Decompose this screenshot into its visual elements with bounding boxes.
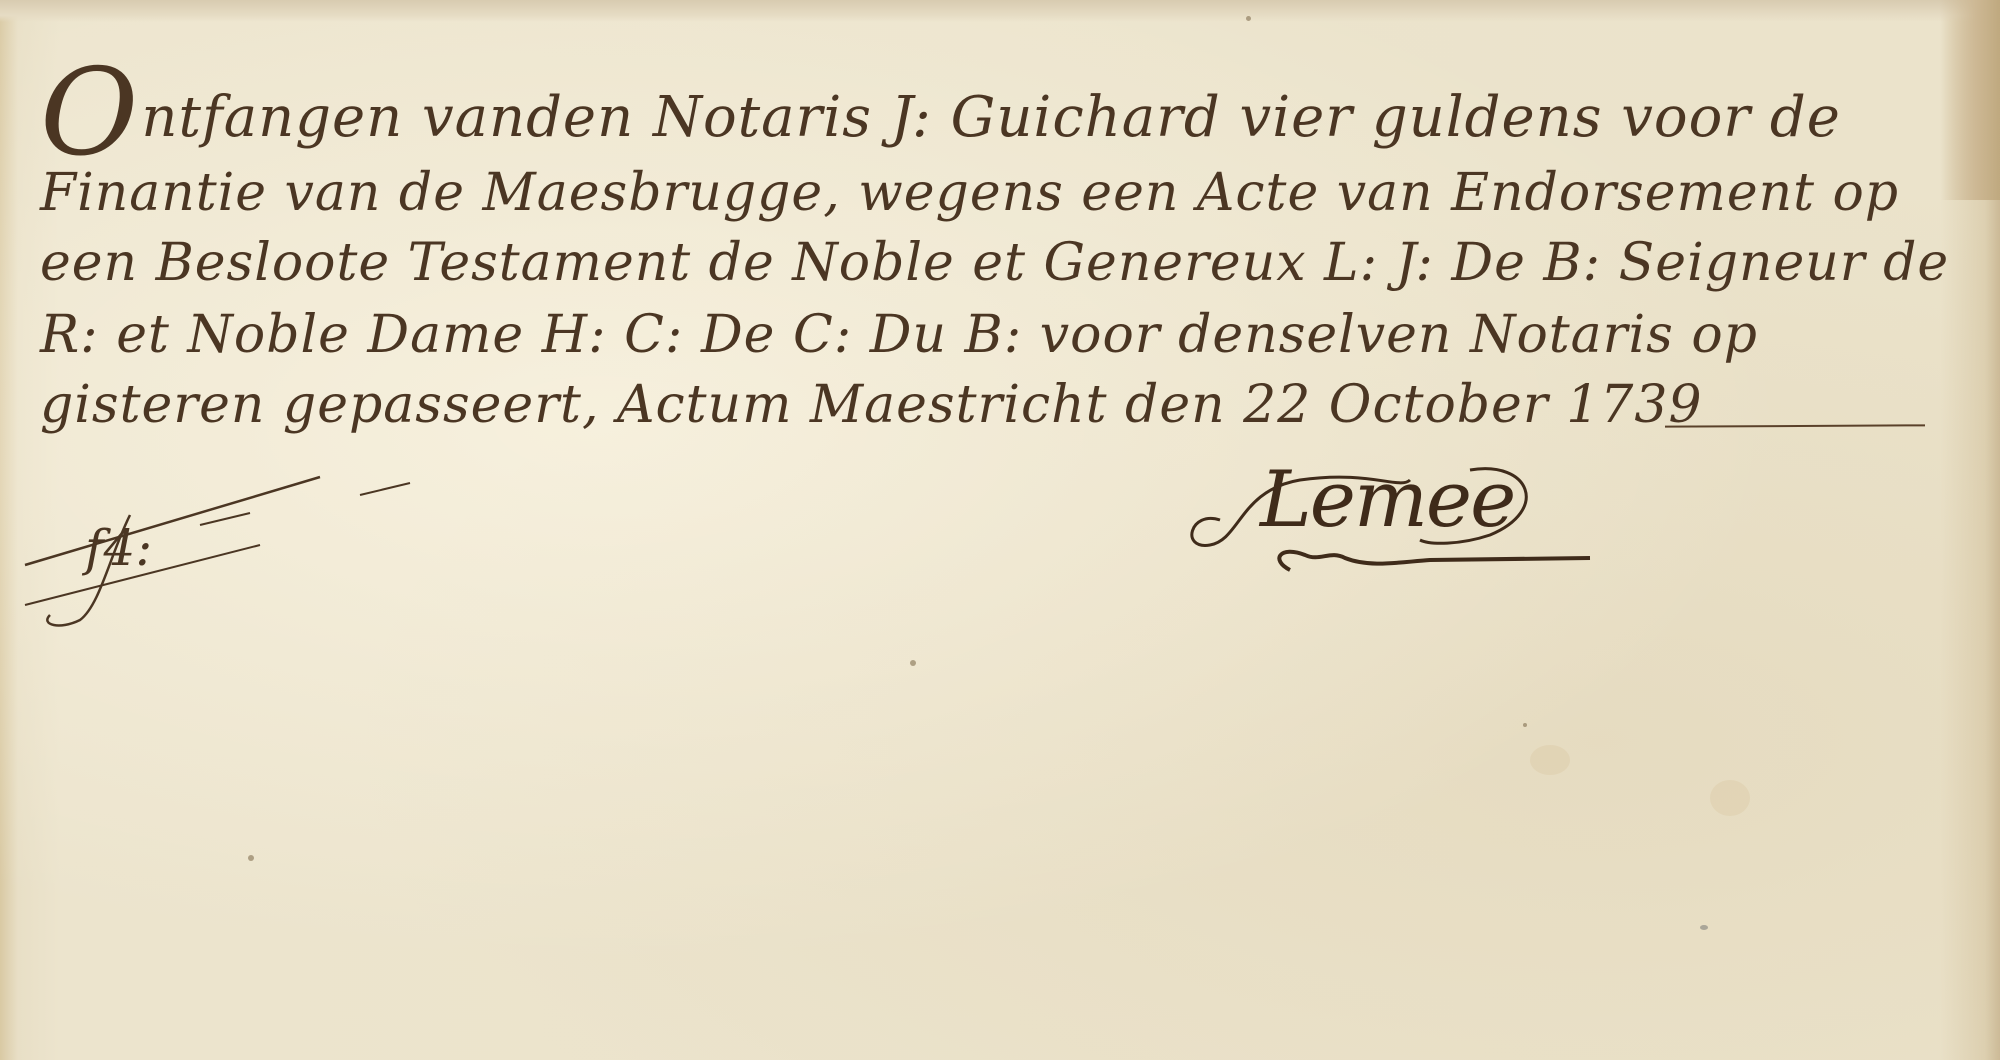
torn-top-edge	[0, 0, 2000, 22]
text-line-2: Finantie van de Maesbrugge, wegens een A…	[40, 163, 1899, 223]
amount-strike-lines-icon	[20, 455, 440, 635]
amount-notation: f4:	[20, 455, 440, 635]
ink-spot	[1700, 925, 1708, 930]
ink-spot	[248, 855, 254, 861]
ink-spot	[910, 660, 916, 666]
paper-stain	[1530, 745, 1570, 775]
text-line-5: gisteren gepasseert, Actum Maestricht de…	[40, 375, 1703, 435]
signature: Lemee	[1170, 450, 1590, 580]
text-line-3: een Besloote Testament de Noble et Gener…	[40, 233, 1949, 293]
signature-name: Lemee	[1260, 455, 1514, 545]
text-line-1-rest: ntfangen vanden Notaris J: Guichard vier…	[141, 85, 1840, 150]
date-underline	[1665, 424, 1925, 427]
document-page: Ontfangen vanden Notaris J: Guichard vie…	[0, 0, 2000, 1060]
ink-spot	[1523, 723, 1527, 727]
paper-stain	[1710, 780, 1750, 816]
amount-value: f4:	[85, 519, 152, 577]
text-line-4: R: et Noble Dame H: C: De C: Du B: voor …	[40, 305, 1758, 365]
ink-spot	[1246, 16, 1251, 21]
text-line-1: Ontfangen vanden Notaris J: Guichard vie…	[40, 85, 1841, 150]
page-edge-fold	[1940, 0, 2000, 200]
